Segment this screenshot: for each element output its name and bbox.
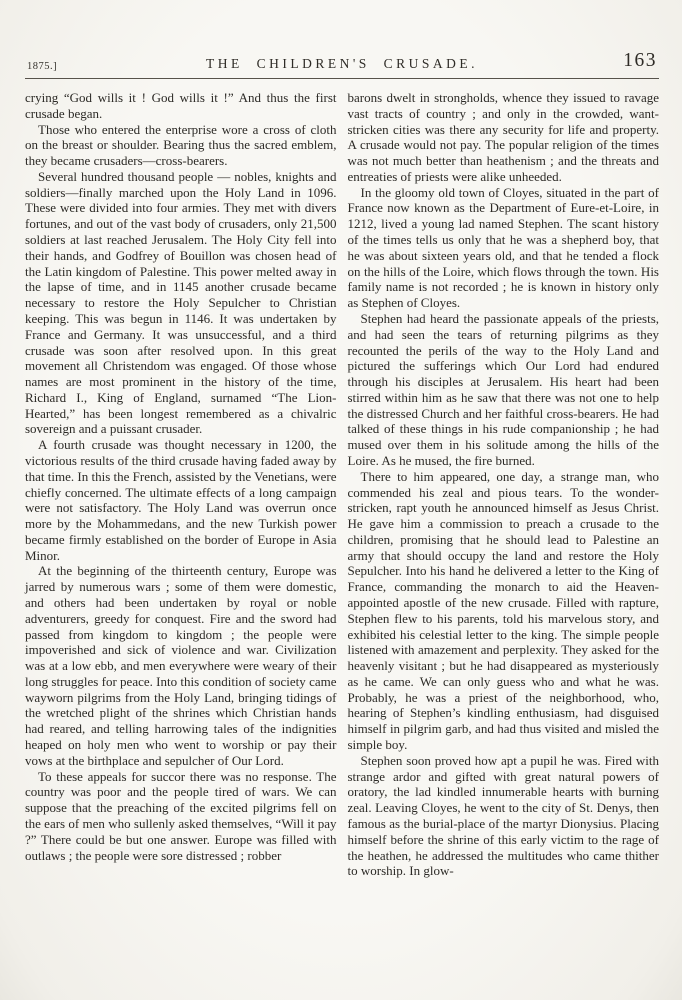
paragraph: Those who entered the enterprise wore a … <box>25 122 337 169</box>
page-body: crying “God wills it ! God wills it !” A… <box>25 90 659 988</box>
header-title: THE CHILDREN'S CRUSADE. <box>26 56 658 72</box>
paragraph: Stephen had heard the passionate appeals… <box>348 311 660 469</box>
column-right: barons dwelt in strongholds, whence they… <box>348 90 660 988</box>
scanned-book-page: 1875.] THE CHILDREN'S CRUSADE. 163 cryin… <box>0 0 682 1000</box>
column-left: crying “God wills it ! God wills it !” A… <box>25 90 337 988</box>
paragraph: In the gloomy old town of Cloyes, situat… <box>348 185 660 311</box>
paragraph: At the beginning of the thirteenth centu… <box>25 563 337 768</box>
paragraph: There to him appeared, one day, a strang… <box>348 469 660 753</box>
paragraph: To these appeals for succor there was no… <box>25 769 337 864</box>
paragraph: barons dwelt in strongholds, whence they… <box>348 90 660 185</box>
page-header: 1875.] THE CHILDREN'S CRUSADE. 163 <box>26 52 658 78</box>
paragraph: Several hundred thousand people — nobles… <box>25 169 337 437</box>
paragraph: A fourth crusade was thought necessary i… <box>25 437 337 563</box>
header-rule <box>25 78 659 79</box>
header-page-number: 163 <box>623 50 657 72</box>
paragraph: crying “God wills it ! God wills it !” A… <box>25 90 337 122</box>
paragraph: Stephen soon proved how apt a pupil he w… <box>348 753 660 879</box>
